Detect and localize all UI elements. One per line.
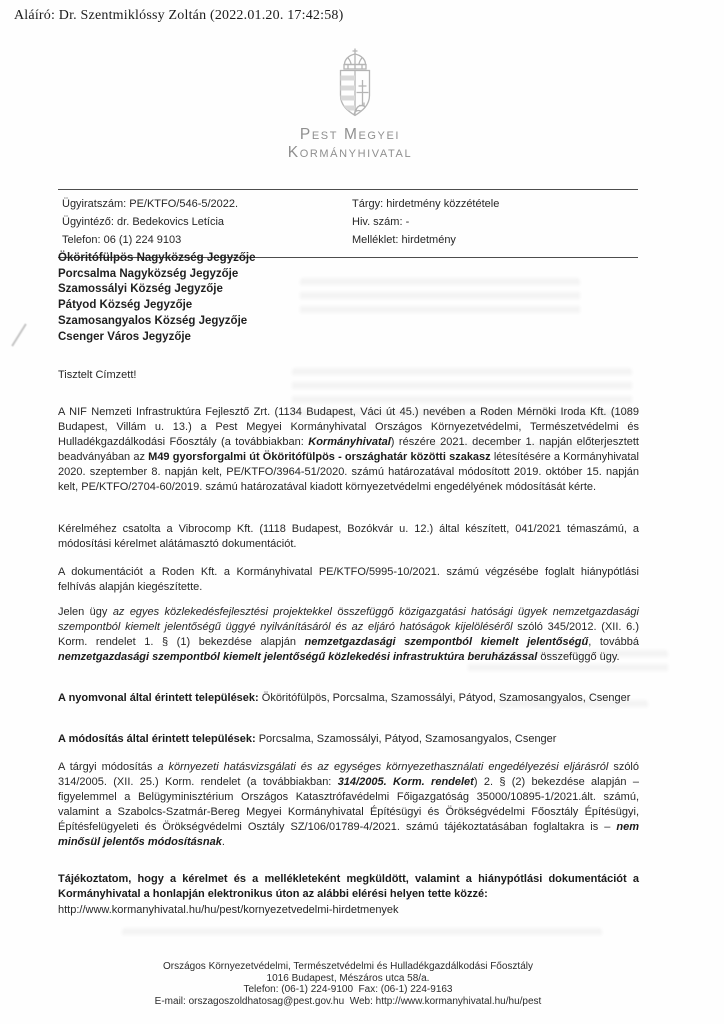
hungarian-coat-of-arms-icon [333,47,377,126]
org-name-line1: Pest Megyei [195,126,505,144]
addressee: Ököritófülpös Nagyközség Jegyzője [58,251,255,267]
footer-address: 1016 Budapest, Mészáros utca 58/a. [58,973,638,985]
meta-row: Telefon: 06 (1) 224 9103 Melléklet: hird… [58,231,638,249]
case-officer: Ügyintéző: dr. Bedekovics Letícia [58,213,352,231]
scanned-letter-page: { "signer_line": "Aláíró: Dr. Szentmikló… [0,0,724,1024]
attachment: Melléklet: hirdetmény [352,231,638,249]
reference-number: Hiv. szám: - [352,213,638,231]
footer-contact-block: Országos Környezetvédelmi, Természetvéde… [58,961,638,1008]
scan-scratch-artifact [11,323,26,346]
paragraph-route-settlements: A nyomvonal által érintett települések: … [58,691,639,706]
scan-bleedthrough-artifact [300,278,580,320]
meta-row: Ügyintéző: dr. Bedekovics Letícia Hiv. s… [58,213,638,231]
footer-department: Országos Környezetvédelmi, Természetvéde… [58,961,638,973]
paragraph-supplement: A dokumentációt a Roden Kft. a Kormányhi… [58,565,639,595]
publication-url: http://www.kormanyhivatal.hu/hu/pest/kor… [58,904,399,916]
addressee: Szamosangyalos Község Jegyzője [58,314,255,330]
addressee: Pátyod Község Jegyzője [58,298,255,314]
signer-line: Aláíró: Dr. Szentmiklóssy Zoltán (2022.0… [14,8,343,24]
paragraph-documentation: Kérelméhez csatolta a Vibrocomp Kft. (11… [58,522,639,552]
org-name-line2: Kormányhivatal [195,144,505,162]
case-metadata-table: Ügyiratszám: PE/KTFO/546-5/2022. Tárgy: … [58,189,638,258]
greeting: Tisztelt Címzett! [58,369,136,381]
addressee-list: Ököritófülpös Nagyközség Jegyzője Porcsa… [58,251,255,345]
paragraph-request: A NIF Nemzeti Infrastruktúra Fejlesztő Z… [58,405,639,495]
paragraph-assessment: A tárgyi módosítás a környezeti hatásviz… [58,760,639,850]
footer-email-web: E-mail: orszagoszoldhatosag@pest.gov.hu … [58,996,638,1008]
addressee: Csenger Város Jegyzője [58,330,255,346]
meta-row: Ügyiratszám: PE/KTFO/546-5/2022. Tárgy: … [58,195,638,213]
paragraph-publication-notice: Tájékoztatom, hogy a kérelmet és a mellé… [58,872,639,902]
paragraph-legal-basis: Jelen ügy az egyes közlekedésfejlesztési… [58,605,639,665]
scan-bleedthrough-artifact [122,928,602,942]
addressee: Szamossályi Község Jegyzője [58,282,255,298]
subject: Tárgy: hirdetmény közzététele [352,195,638,213]
phone: Telefon: 06 (1) 224 9103 [58,231,352,249]
addressee: Porcsalma Nagyközség Jegyzője [58,267,255,283]
footer-phone-fax: Telefon: (06-1) 224-9100 Fax: (06-1) 224… [58,984,638,996]
paragraph-modified-settlements: A módosítás által érintett települések: … [58,732,639,747]
org-name: Pest Megyei Kormányhivatal [195,126,505,161]
case-number: Ügyiratszám: PE/KTFO/546-5/2022. [58,195,352,213]
